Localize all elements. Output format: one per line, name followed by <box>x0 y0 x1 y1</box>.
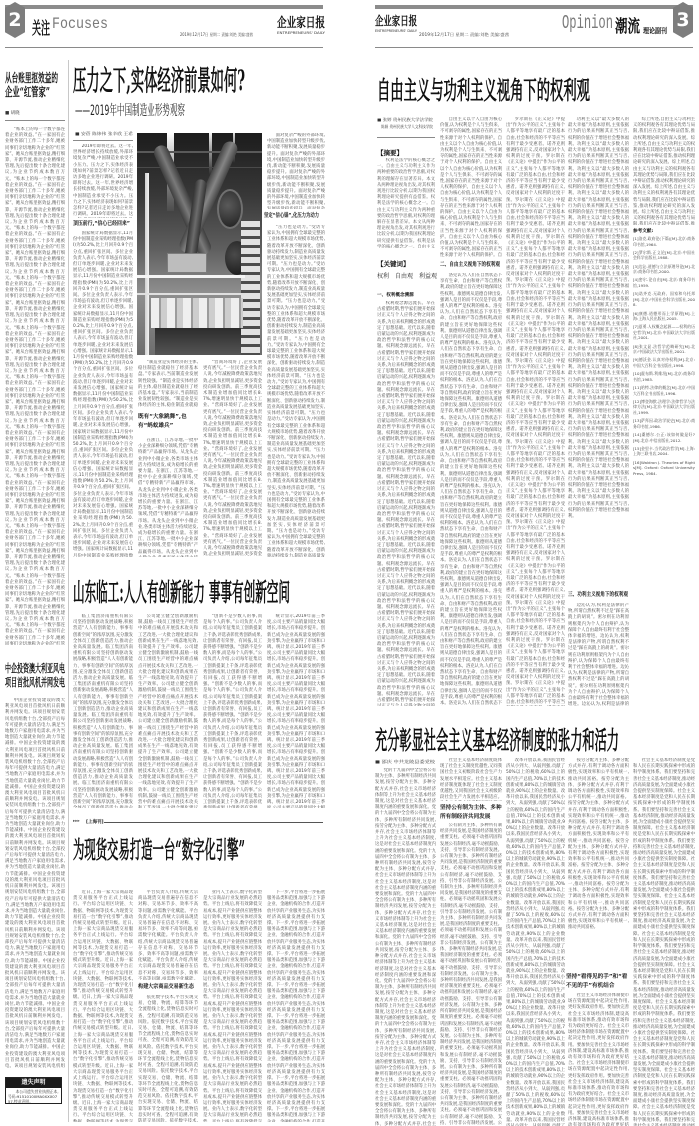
lead-subhead-3: 既有“大象跳舞”,也有“蚂蚁雄兵” <box>138 413 198 431</box>
left-column-divider <box>68 60 69 1122</box>
reference-item: [11]哈特.法律的概念[M].北京:中国大百科全书出版社,1996. <box>633 385 695 396</box>
reference-item: [8]张文显.法哲学范畴研究[M].北京:中国政法大学出版社,2001. <box>633 344 695 355</box>
article2-column-1: 党的十九届四中全会将公有制为主体、多种所有制经济共同发展,按劳分配为主体、多种分… <box>375 768 436 1126</box>
reference-item: [15]金里卡.当代政治哲学[M].上海:上海三联书店,2004. <box>633 446 695 457</box>
article1-author-2: 陈娟 贵州民族大学人文科技学院 <box>381 124 433 129</box>
lead-column-2-bottom: 在浙江、江苏等地,一批中小企业深耕细分领域,凭借“专精特新”产品赢得市场。从龙头… <box>138 438 198 557</box>
keywords-list: 权利 自由观 利益观 <box>377 271 437 280</box>
shandong-column-2: 公司建立健全创新激励机制,鼓励一线员工围绕生产经营中的难点痛点开展技术攻关和工艺… <box>138 614 198 808</box>
article1-headline: 自由主义与功利主义视角下的权利观 <box>377 77 590 105</box>
section-title-en: Focuses <box>52 15 108 33</box>
article2-column-4-top: 按劳分配为主体、多种分配方式并存,有利于调动各方面积极性,实现效率和公平有机统一… <box>568 758 629 970</box>
lead-subhead-2: 坚定“信心锚”,化压力为动力 <box>264 213 319 220</box>
photo-production-line <box>151 298 243 328</box>
shandong-column-4: 统计显示,2019年前三季度,公司主要产品销量同比大幅增长,市场占有率稳步提升。… <box>267 614 325 808</box>
reference-item: [12]博登海默.法理学:法律哲学与法律方法[M].北京:中国政法大学出版社,1… <box>633 399 695 416</box>
page-number: 2 <box>8 9 21 31</box>
photo-robot-joint <box>217 189 243 229</box>
section-title-cn: 潮流 <box>615 12 640 37</box>
section-title-cn: 关注 <box>32 14 50 39</box>
article2-byline: ■ 邵庆 中共龙陵县委党校 <box>375 759 435 764</box>
reference-item: [9]德沃金.认真对待权利[M].北京:中国大百科全书出版社,1998. <box>633 357 695 368</box>
article1-column-1: 权利观念源远流长。早在古希腊时期,哲学家们便开始探讨正义与个人应得之物之间的关系… <box>377 301 435 706</box>
masthead-logo: 企业家日报 <box>375 12 417 29</box>
article2-column-3: 改革开放以来,我国民营经济从小到大、从弱到强,贡献了50%以上的税收,60%以上… <box>506 758 565 1126</box>
left-header-bar <box>5 5 323 9</box>
left-header-rule <box>5 47 323 48</box>
sidebar-byline: ■ 胡晓 <box>5 111 20 116</box>
right-header-rule <box>375 47 693 48</box>
reference-item: [16]Waldron J. Theories of Rights[M]. Ox… <box>633 460 695 477</box>
shanghai-column-4: 下一步,平台将进一步拓展服务品类和范围,加强与上下游企业、金融机构的合作,打造开… <box>267 890 325 1122</box>
article1-column-3: 罗尔斯在《正义论》中提出“作为公平的正义”,主张每个人都平等地享有最广泛的基本自… <box>506 117 565 706</box>
page-number-badge: 2 <box>5 2 25 38</box>
abstract-text: 权利是法学的核心概念之一。自由主义与功利主义作为两种重要的政治哲学思潮,对权利的… <box>377 158 435 248</box>
reference-item: [6]康德.道德形而上学原理[M].上海:上海人民出版社,2005. <box>633 311 695 322</box>
article1-byline-rule <box>377 137 435 138</box>
article2-column-2-bottom: 公有制为主体、多种所有制经济共同发展,是我国经济制度的重要支柱。必须毫不动摇巩固… <box>440 823 502 1126</box>
article2-column-4-bottom: 社会主义市场经济体制使市场在资源配置中起决定性作用,更好发挥政府作用。要加快完善… <box>568 993 629 1126</box>
kicker-arrows-icon: ▸▸▸ <box>73 819 80 824</box>
lost-notice-title: 遗失声明 <box>6 1078 61 1088</box>
reference-item: [14]桑德尔.公正:该如何做是好?[M].北京:中信出版社,2012. <box>633 432 695 443</box>
lead-column-3: “营商环境好了,企业发展更有底气。”一位民营企业负责人说,今年减税降费政策落地见… <box>203 360 262 557</box>
sidebar2-body-text: 中国企业投资建设的澳大利亚风电项目首批风机日前顺利并网发电。该项目规划安装风电机… <box>5 698 65 1068</box>
page-number: 3 <box>676 9 689 31</box>
shandong-column-3: “创新不是少数人的事,而是每个人的事。”公司负责人介绍,公司每年征集员工创新提案… <box>203 614 262 808</box>
article1-section-2: 二、自由主义视角下的权利观 <box>440 262 500 269</box>
lead-column-4-top: 面对复杂严峻的外部环境,中国制造业加快转型升级步伐,新动能不断积聚,发展质量稳步… <box>267 133 325 209</box>
photo-ceiling-truss <box>137 167 262 168</box>
shanghai-kicker: [上海刊] <box>86 819 104 825</box>
lost-notice-text: 本公司遗失营业执照正本,号码:91510100MA0XXX0757,特此声明。 <box>6 1088 61 1104</box>
sidebar-headline-line-1: 从台账里抠效益的 <box>5 72 58 85</box>
article1-author-1: ■ 张婷 贵州民族大学法学院 <box>377 117 433 122</box>
reference-item: [4]密尔.论自由[M].北京:商务印书馆,1959. <box>633 277 695 288</box>
lead-column-1-top: 2019年即将过去。这一年,世界经济增长持续放缓,外部环境复杂严峻,中国制造业承… <box>73 144 133 218</box>
issue-date-line: 2019年12月17日 星期二 责编:刘艳 美编:盛茜 <box>419 32 509 38</box>
reference-item: [7]夏勇.人权概念起源——权利的历史哲学[M].北京:中国政法大学出版社,20… <box>633 324 695 341</box>
article1-column-4-bottom: 边沁认为,权利是法律的产物,所谓自然权利不过是“踩在高跷上的胡说”。密尔则在功利… <box>568 603 629 706</box>
lead-column-1-bottom: 国家统计局数据显示,11月份中国制造业采购经理指数(PMI)为50.2%,比上月… <box>73 231 133 557</box>
lead-subhead-1: 顶压前行,“信心已经回来” <box>73 221 130 228</box>
shanghai-kicker-rule <box>104 822 323 823</box>
masthead-logo-en: ENTREPRENEURS' DAILY <box>375 29 417 33</box>
lead-subtitle: ——2019年中国制造业形势观察 <box>75 104 185 119</box>
factory-robot-photo <box>137 133 262 355</box>
article2-headline: 充分彰显社会主义基本经济制度的张力和活力 <box>375 727 619 755</box>
shanghai-subhead: 构建大宗商品交易新生态 <box>138 984 194 991</box>
right-header-bar <box>375 5 693 9</box>
lead-byline: ■ 安蓓 陈炜伟 张辛欣 王希 <box>75 131 133 136</box>
shandong-headline: 山东临工:人人有创新能力 事事有创新空间 <box>73 579 290 607</box>
article2-subhead-1: 坚持公有制为主体、多种所有制经济共同发展 <box>440 804 502 821</box>
shanghai-column-3: 业内人士表示,数字化转型是大宗商品行业发展的必然趋势。平台上线后,将有效降低交易… <box>203 890 262 1122</box>
shandong-column-1: 临工集团济南重机有限公司坚持创新驱动发展战略,积极营造“人人有创新能力、事事有创… <box>73 614 133 808</box>
photo-column-post <box>145 173 149 355</box>
masthead-logo-en: ENTREPRENEURS' DAILY <box>277 31 325 35</box>
article2-column-5: 社会主义基本经济制度是党和人民在长期实践探索中形成的科学制度体系。我们要坚持和完… <box>633 758 695 1126</box>
abstract-label: 【摘要】 <box>377 148 403 157</box>
article1-column-4-top: 功利主义以“最大多数人的最大幸福”为基本原则,主张依据行为的后果来判断其正当与否… <box>568 117 629 587</box>
article1-column-5-top: 综上所述,自由主义与功利主义的权利观各有其理论优势与局限,我们应在比较中辩证借鉴… <box>633 117 695 225</box>
lead-column-4-bottom: “压力也是动力。”受访专家认为,中国拥有全球最完整的工业体系和超大规模市场优势,… <box>267 225 325 557</box>
sidebar-body-text: “账本上的每一个数字都连着企业的效益。”在一家国有企业财务部门工作二十多年,她被… <box>5 127 65 645</box>
article1-column-2-bottom: 洛克认为,人们在自然状态下享有生命、自由和财产等自然权利,政府的建立旨在更好地保… <box>440 273 502 706</box>
photo-workpiece <box>167 253 207 273</box>
references-list: [1]洛克.政府论(下篇)[M].北京:商务印书馆,1964.[2]罗尔斯.正义… <box>633 236 695 706</box>
lead-byline-rule <box>73 140 133 141</box>
lead-column-2-top: “制造业是实体经济的主体,稳住制造业就稳住了经济基本盘。”专家表示,当前制造业发… <box>138 360 198 409</box>
photo-safety-rail <box>137 293 245 295</box>
article1-section-3: 三、功利主义视角下的权利观 <box>568 592 628 599</box>
article2-column-2-top: 社会主义基本经济制度既体现了社会主义制度优越性,又同我国社会主义初级阶段社会生产… <box>440 758 502 801</box>
shanghai-column-1: 近日,上海一家大宗商品现货交易服务平台正式上线运行。平台综合运用区块链、大数据、… <box>73 890 133 1122</box>
section-title-en: Opinion <box>562 12 613 34</box>
masthead-logo: 企业家日报 <box>277 12 325 31</box>
reference-item: [2]罗尔斯.正义论[M].北京:中国社会科学出版社,1988. <box>633 250 695 261</box>
supplement-title: 理论副刊 <box>643 26 667 36</box>
photo-machine-base <box>155 328 241 355</box>
page-number-badge: 3 <box>673 2 693 38</box>
reference-item: [10]霍布斯.利维坦[M].北京:商务印书馆,1985. <box>633 371 695 382</box>
reference-item: [13]萨拜因.政治学说史[M].北京:商务印书馆,1986. <box>633 418 695 429</box>
lost-notice-box: 遗失声明 本公司遗失营业执照正本,号码:91510100MA0XXX0757,特… <box>5 1077 62 1104</box>
shanghai-headline: 为现货交易打造一台“数字化引擎” <box>73 837 245 863</box>
article2-subhead-2: 坚持“看得见的手”和“看不见的手”有机结合 <box>566 973 629 990</box>
shanghai-column-2-bottom: 依托数字技术,平台实现交易、仓储、物流、结算等环节全流程线上化,货物信息实时可查… <box>138 995 198 1122</box>
sidebar2-headline-line-1: 中企投资澳大利亚风电 <box>5 663 65 675</box>
issue-date-line: 2019年12月17日 星期二 责编:刘艳 美编:盛茜 <box>180 32 253 38</box>
references-label: 参考文献: <box>633 228 653 234</box>
sidebar-headline-line-2: 企业“红管家” <box>5 86 50 99</box>
reference-item: [3]边沁.道德与立法原理导论[M].北京:商务印书馆,2000. <box>633 264 695 275</box>
sidebar-byline-rule <box>5 120 65 121</box>
sidebar2-headline-line-2: 项目首批风机并网发电 <box>5 677 65 689</box>
photo-safety-rail <box>137 275 245 278</box>
reference-item: [1]洛克.政府论(下篇)[M].北京:商务印书馆,1964. <box>633 236 695 247</box>
article1-section-1: 一、权利概念溯源 <box>377 292 414 299</box>
reference-item: [5]诺齐克.无政府、国家和乌托邦[M].北京:中国社会科学出版社,2008. <box>633 291 695 308</box>
lead-headline: 压力之下,实体经济前景如何? <box>73 66 245 97</box>
photo-storage-rack <box>241 221 260 355</box>
article1-column-2-top: 自由主义以个人自由为核心价值,认为权利是个人与生俱来、不可剥夺的属性,国家存在的… <box>440 117 502 257</box>
keywords-label: 【关键词】 <box>377 259 410 268</box>
shanghai-column-2-top: 平台负责人介绍,传统大宗商品现货交易普遍存在信息不对称、交易环节多、效率不高等问… <box>138 890 198 980</box>
